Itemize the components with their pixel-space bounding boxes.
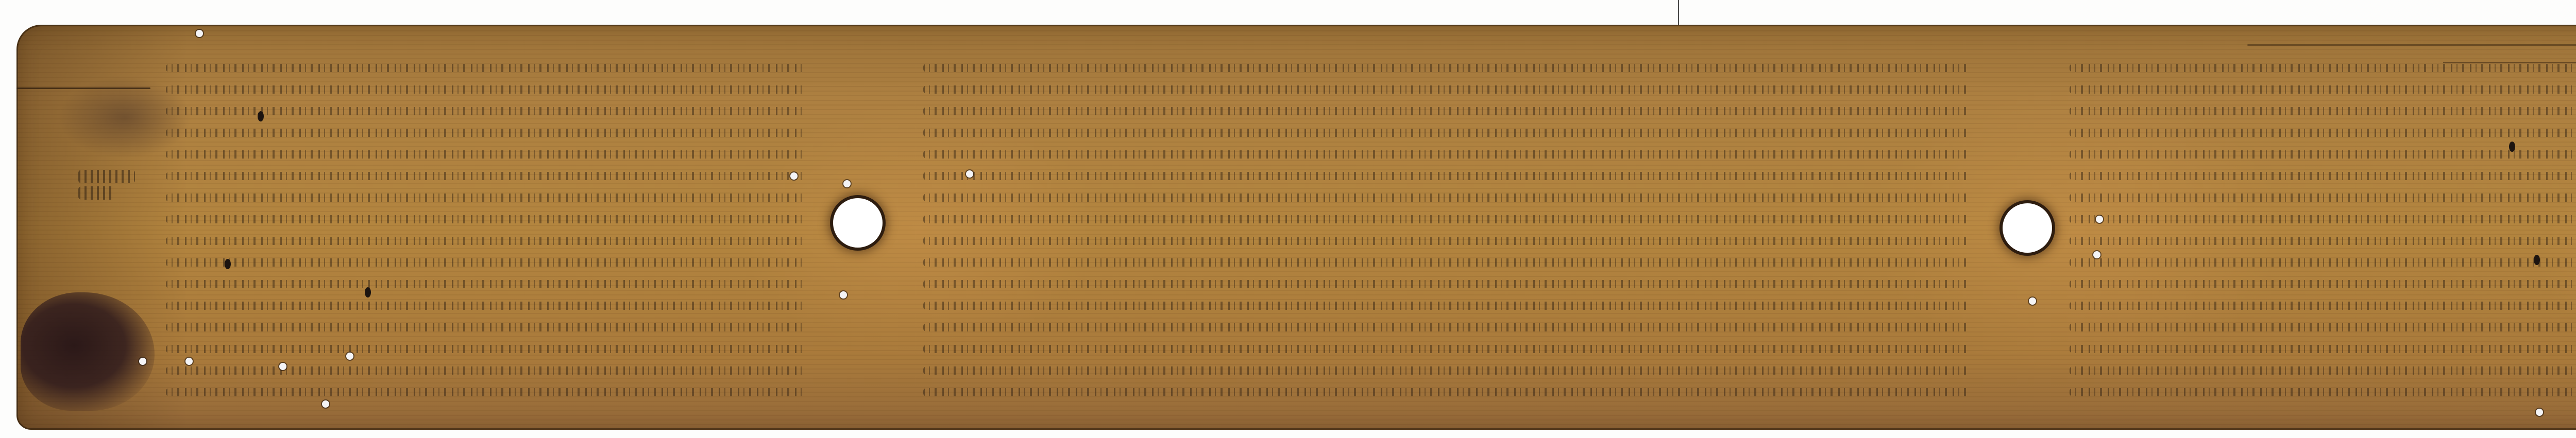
- script-line: (illegible Tamil script line 11): [923, 277, 1969, 290]
- script-line: (illegible Tamil script line 15): [923, 363, 1969, 377]
- margin-note-glyph: [78, 186, 114, 200]
- script-line: (illegible Tamil script line 4): [2070, 126, 2576, 139]
- script-line: (illegible Tamil script line 9): [166, 234, 805, 247]
- script-line: (illegible Tamil script line 7): [166, 190, 805, 204]
- margin-note-glyph: [78, 170, 135, 183]
- script-line: (illegible Tamil script line 6): [2070, 169, 2576, 182]
- script-line: (illegible Tamil script line 14): [923, 342, 1969, 355]
- pin-hole: [790, 172, 798, 180]
- pin-hole: [139, 358, 146, 365]
- text-block-middle: (illegible Tamil script line 1) (illegib…: [923, 61, 1969, 416]
- script-line: (illegible Tamil script line 16): [166, 385, 805, 398]
- script-line: (illegible Tamil script line 1): [2070, 61, 2576, 74]
- script-line: (illegible Tamil script line 14): [166, 342, 805, 355]
- script-line: (illegible Tamil script line 4): [923, 126, 1969, 139]
- text-block-right: (illegible Tamil script line 1) (illegib…: [2070, 61, 2576, 416]
- script-line: (illegible Tamil script line 12): [166, 299, 805, 312]
- script-line: (illegible Tamil script line 3): [2070, 104, 2576, 117]
- ink-dot: [2534, 255, 2540, 265]
- script-line: (illegible Tamil script line 9): [2070, 234, 2576, 247]
- script-line: (illegible Tamil script line 16): [923, 385, 1969, 398]
- script-line: (illegible Tamil script line 6): [166, 169, 805, 182]
- ink-dot: [2509, 142, 2515, 152]
- script-line: (illegible Tamil script line 1): [166, 61, 805, 74]
- script-line: (illegible Tamil script line 1): [923, 61, 1969, 74]
- ink-dot: [365, 287, 371, 297]
- pin-hole: [840, 291, 847, 299]
- scanner-mount-line: [1678, 0, 1679, 26]
- script-line: (illegible Tamil script line 16): [2070, 385, 2576, 398]
- script-line: (illegible Tamil script line 4): [166, 126, 805, 139]
- pin-hole: [185, 358, 193, 365]
- margin-note: [78, 170, 135, 201]
- script-line: (illegible Tamil script line 3): [923, 104, 1969, 117]
- script-line: (illegible Tamil script line 7): [2070, 190, 2576, 204]
- script-line: (illegible Tamil script line 14): [2070, 342, 2576, 355]
- script-line: (illegible Tamil script line 8): [2070, 212, 2576, 225]
- script-line: (illegible Tamil script line 15): [2070, 363, 2576, 377]
- script-line: (illegible Tamil script line 15): [166, 363, 805, 377]
- script-line: (illegible Tamil script line 5): [166, 147, 805, 161]
- script-line: (illegible Tamil script line 10): [2070, 255, 2576, 269]
- script-line: (illegible Tamil script line 11): [166, 277, 805, 290]
- script-line: (illegible Tamil script line 8): [923, 212, 1969, 225]
- script-line: (illegible Tamil script line 13): [923, 320, 1969, 334]
- pin-hole: [322, 400, 329, 408]
- palm-leaf: (illegible Tamil script line 1) (illegib…: [16, 25, 2576, 430]
- pin-hole: [2096, 216, 2103, 223]
- pin-hole: [346, 353, 353, 360]
- pin-hole: [2029, 297, 2036, 305]
- script-line: (illegible Tamil script line 2): [166, 82, 805, 96]
- script-line: (illegible Tamil script line 5): [923, 147, 1969, 161]
- pin-hole: [966, 170, 973, 178]
- script-line: (illegible Tamil script line 10): [923, 255, 1969, 269]
- script-line: (illegible Tamil script line 13): [2070, 320, 2576, 334]
- ink-dot: [225, 259, 231, 269]
- script-line: (illegible Tamil script line 9): [923, 234, 1969, 247]
- pin-hole: [2093, 251, 2100, 258]
- script-line: (illegible Tamil script line 2): [923, 82, 1969, 96]
- binding-hole-right: [2003, 203, 2052, 253]
- script-line: (illegible Tamil script line 13): [166, 320, 805, 334]
- crack-line: [2247, 44, 2576, 46]
- script-line: (illegible Tamil script line 10): [166, 255, 805, 269]
- binding-hole-left: [833, 198, 883, 248]
- pin-hole: [843, 180, 851, 187]
- script-line: (illegible Tamil script line 6): [923, 169, 1969, 182]
- script-line: (illegible Tamil script line 2): [2070, 82, 2576, 96]
- pin-hole: [279, 363, 286, 370]
- pin-hole: [2536, 409, 2543, 416]
- ink-dot: [258, 111, 264, 121]
- pin-hole: [196, 30, 203, 37]
- ink-stain: [21, 292, 155, 411]
- script-line: (illegible Tamil script line 12): [2070, 299, 2576, 312]
- script-line: (illegible Tamil script line 7): [923, 190, 1969, 204]
- script-line: (illegible Tamil script line 8): [166, 212, 805, 225]
- script-line: (illegible Tamil script line 5): [2070, 147, 2576, 161]
- script-line: (illegible Tamil script line 12): [923, 299, 1969, 312]
- script-line: (illegible Tamil script line 11): [2070, 277, 2576, 290]
